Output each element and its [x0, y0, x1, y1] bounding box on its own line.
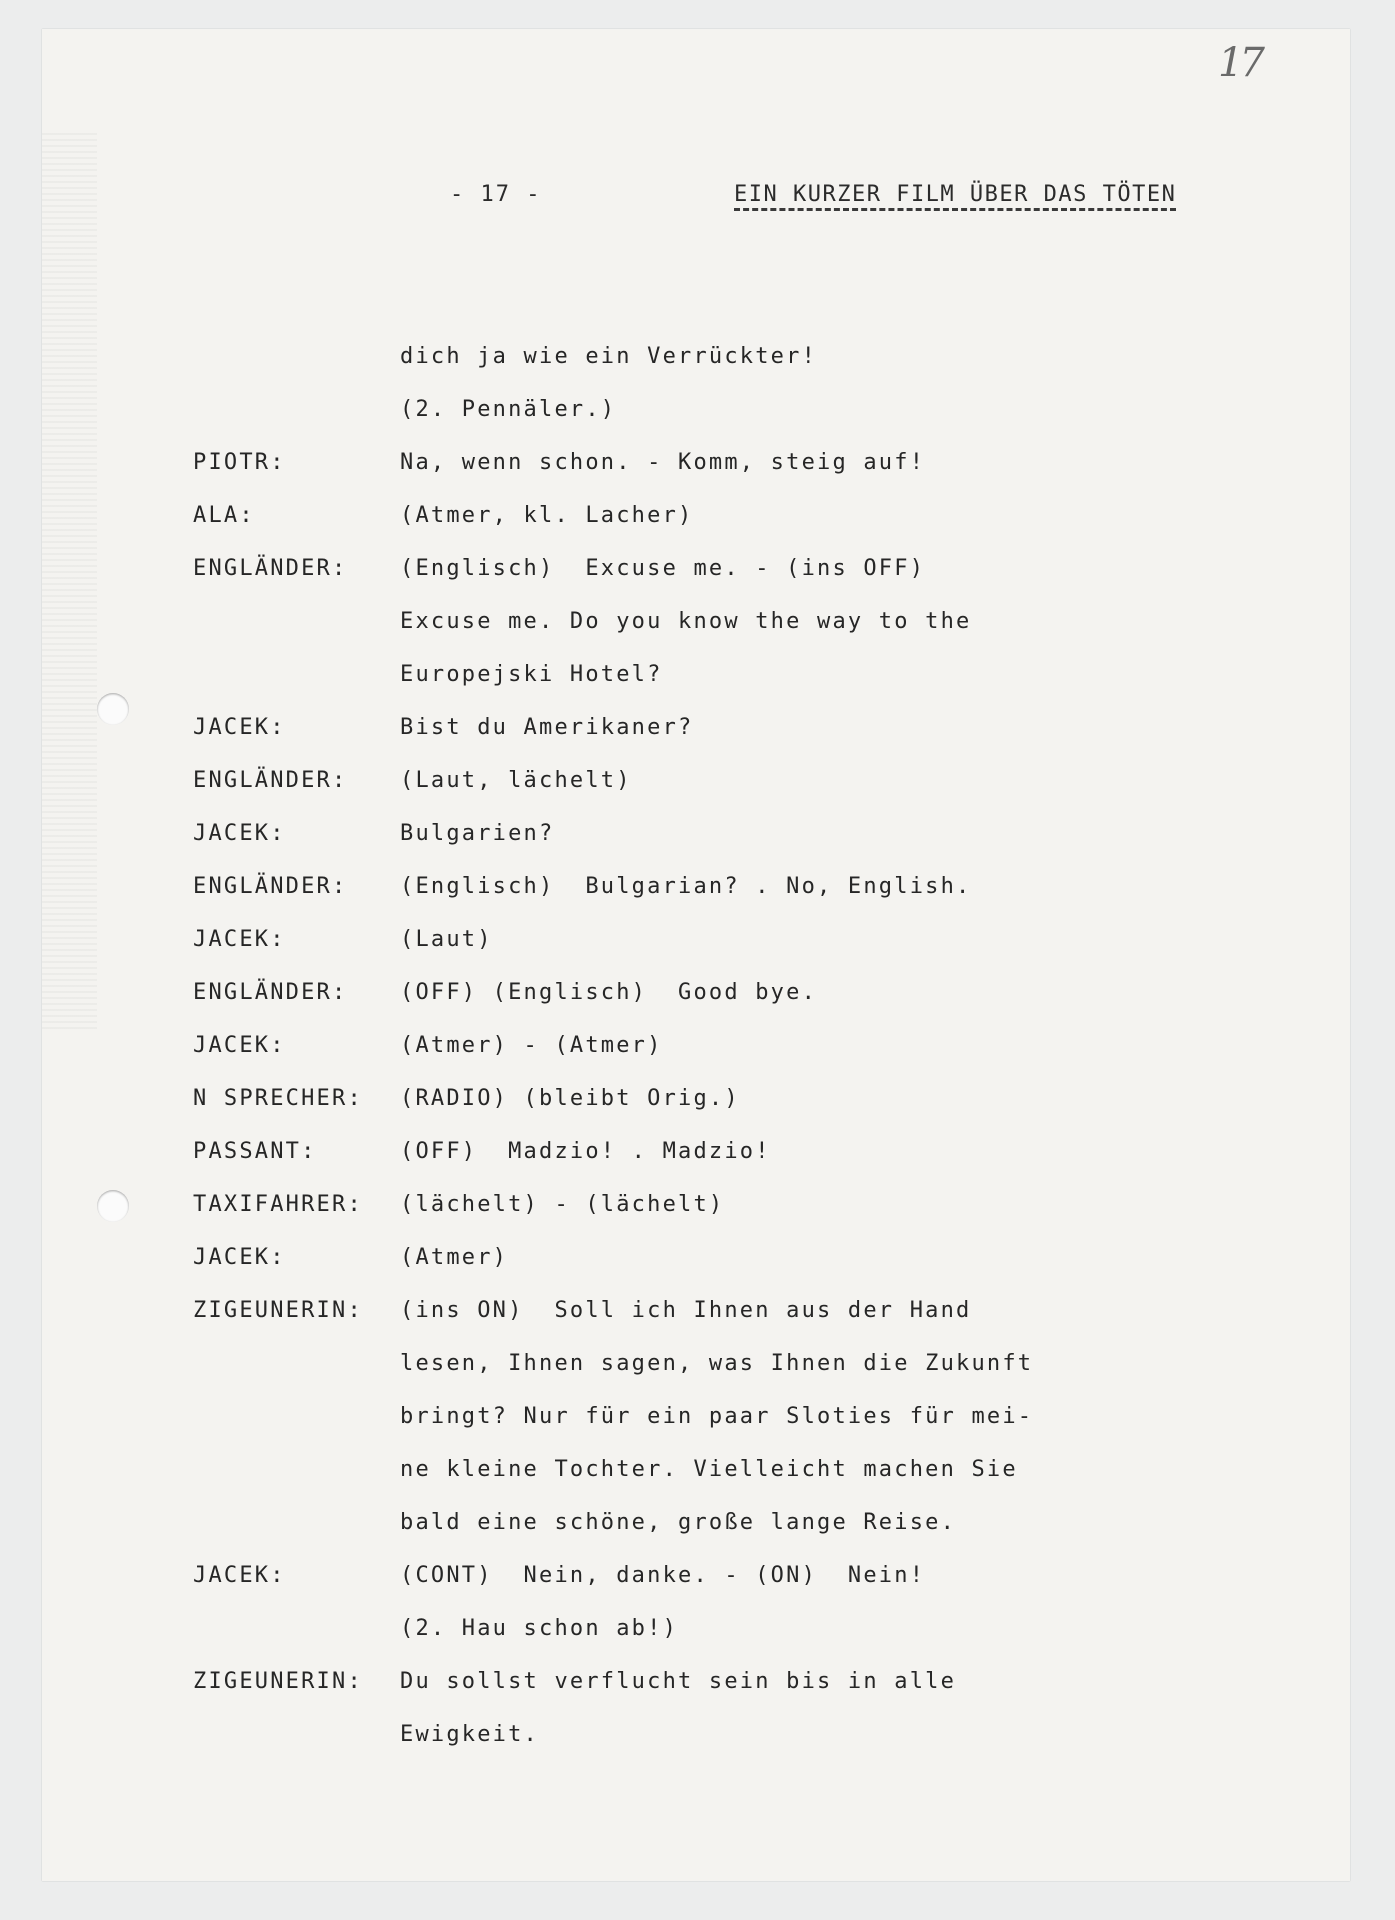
dialogue-text: ne kleine Tochter. Vielleicht machen Sie: [400, 1457, 1018, 1482]
speaker-name: JACEK:: [193, 1245, 286, 1270]
dialogue-text: (OFF) (Englisch) Good bye.: [400, 980, 817, 1005]
dialogue-text: (2. Pennäler.): [400, 397, 616, 422]
page-number-label: - 17 -: [450, 182, 541, 207]
script-line: Europejski Hotel?: [0, 662, 1000, 692]
speaker-name: PASSANT:: [193, 1139, 317, 1164]
speaker-name: JACEK:: [193, 1033, 286, 1058]
dialogue-text: (Laut): [400, 927, 493, 952]
script-line: ZIGEUNERIN:(ins ON) Soll ich Ihnen aus d…: [0, 1298, 1000, 1328]
speaker-name: JACEK:: [193, 715, 286, 740]
script-line: (2. Pennäler.): [0, 397, 1000, 427]
dialogue-text: (2. Hau schon ab!): [400, 1616, 678, 1641]
speaker-name: JACEK:: [193, 1563, 286, 1588]
script-line: Ewigkeit.: [0, 1722, 1000, 1752]
dialogue-text: Du sollst verflucht sein bis in alle: [400, 1669, 956, 1694]
script-line: TAXIFAHRER:(lächelt) - (lächelt): [0, 1192, 1000, 1222]
script-line: ENGLÄNDER:(Englisch) Bulgarian? . No, En…: [0, 874, 1000, 904]
script-line: (2. Hau schon ab!): [0, 1616, 1000, 1646]
dialogue-text: Excuse me. Do you know the way to the: [400, 609, 971, 634]
speaker-name: N SPRECHER:: [193, 1086, 363, 1111]
script-line: JACEK:Bist du Amerikaner?: [0, 715, 1000, 745]
dialogue-text: (Atmer, kl. Lacher): [400, 503, 693, 528]
dialogue-text: (OFF) Madzio! . Madzio!: [400, 1139, 771, 1164]
script-line: ENGLÄNDER:(Englisch) Excuse me. - (ins O…: [0, 556, 1000, 586]
script-line: ENGLÄNDER:(OFF) (Englisch) Good bye.: [0, 980, 1000, 1010]
script-line: JACEK:(Laut): [0, 927, 1000, 957]
dialogue-text: Bulgarien?: [400, 821, 554, 846]
speaker-name: ENGLÄNDER:: [193, 556, 347, 581]
dialogue-text: (ins ON) Soll ich Ihnen aus der Hand: [400, 1298, 971, 1323]
speaker-name: ZIGEUNERIN:: [193, 1669, 363, 1694]
script-line: JACEK:Bulgarien?: [0, 821, 1000, 851]
script-line: bald eine schöne, große lange Reise.: [0, 1510, 1000, 1540]
script-line: N SPRECHER:(RADIO) (bleibt Orig.): [0, 1086, 1000, 1116]
dialogue-text: (Englisch) Excuse me. - (ins OFF): [400, 556, 925, 581]
speaker-name: ENGLÄNDER:: [193, 874, 347, 899]
script-line: Excuse me. Do you know the way to the: [0, 609, 1000, 639]
dialogue-text: (RADIO) (bleibt Orig.): [400, 1086, 740, 1111]
dialogue-text: Ewigkeit.: [400, 1722, 539, 1747]
dialogue-text: bald eine schöne, große lange Reise.: [400, 1510, 956, 1535]
script-line: ZIGEUNERIN:Du sollst verflucht sein bis …: [0, 1669, 1000, 1699]
speaker-name: ENGLÄNDER:: [193, 980, 347, 1005]
script-line: JACEK:(Atmer): [0, 1245, 1000, 1275]
speaker-name: ZIGEUNERIN:: [193, 1298, 363, 1323]
dialogue-text: (lächelt) - (lächelt): [400, 1192, 724, 1217]
script-line: PASSANT:(OFF) Madzio! . Madzio!: [0, 1139, 1000, 1169]
dialogue-text: dich ja wie ein Verrückter!: [400, 344, 817, 369]
speaker-name: ALA:: [193, 503, 255, 528]
script-line: PIOTR:Na, wenn schon. - Komm, steig auf!: [0, 450, 1000, 480]
script-line: lesen, Ihnen sagen, was Ihnen die Zukunf…: [0, 1351, 1000, 1381]
speaker-name: JACEK:: [193, 927, 286, 952]
script-line: bringt? Nur für ein paar Sloties für mei…: [0, 1404, 1000, 1434]
dialogue-text: (CONT) Nein, danke. - (ON) Nein!: [400, 1563, 925, 1588]
dialogue-text: Bist du Amerikaner?: [400, 715, 693, 740]
speaker-name: PIOTR:: [193, 450, 286, 475]
handwritten-page-number: 17: [1218, 40, 1261, 86]
speaker-name: ENGLÄNDER:: [193, 768, 347, 793]
dialogue-text: (Atmer): [400, 1245, 508, 1270]
script-line: JACEK:(CONT) Nein, danke. - (ON) Nein!: [0, 1563, 1000, 1593]
speaker-name: TAXIFAHRER:: [193, 1192, 363, 1217]
document-title: EIN KURZER FILM ÜBER DAS TÖTEN: [734, 182, 1176, 211]
script-line: JACEK:(Atmer) - (Atmer): [0, 1033, 1000, 1063]
script-line: ALA:(Atmer, kl. Lacher): [0, 503, 1000, 533]
dialogue-text: Na, wenn schon. - Komm, steig auf!: [400, 450, 925, 475]
script-line: ne kleine Tochter. Vielleicht machen Sie: [0, 1457, 1000, 1487]
dialogue-text: (Englisch) Bulgarian? . No, English.: [400, 874, 971, 899]
script-line: dich ja wie ein Verrückter!: [0, 344, 1000, 374]
dialogue-text: Europejski Hotel?: [400, 662, 663, 687]
speaker-name: JACEK:: [193, 821, 286, 846]
dialogue-text: lesen, Ihnen sagen, was Ihnen die Zukunf…: [400, 1351, 1033, 1376]
dialogue-text: (Atmer) - (Atmer): [400, 1033, 663, 1058]
script-line: ENGLÄNDER:(Laut, lächelt): [0, 768, 1000, 798]
dialogue-text: bringt? Nur für ein paar Sloties für mei…: [400, 1404, 1033, 1429]
dialogue-text: (Laut, lächelt): [400, 768, 632, 793]
